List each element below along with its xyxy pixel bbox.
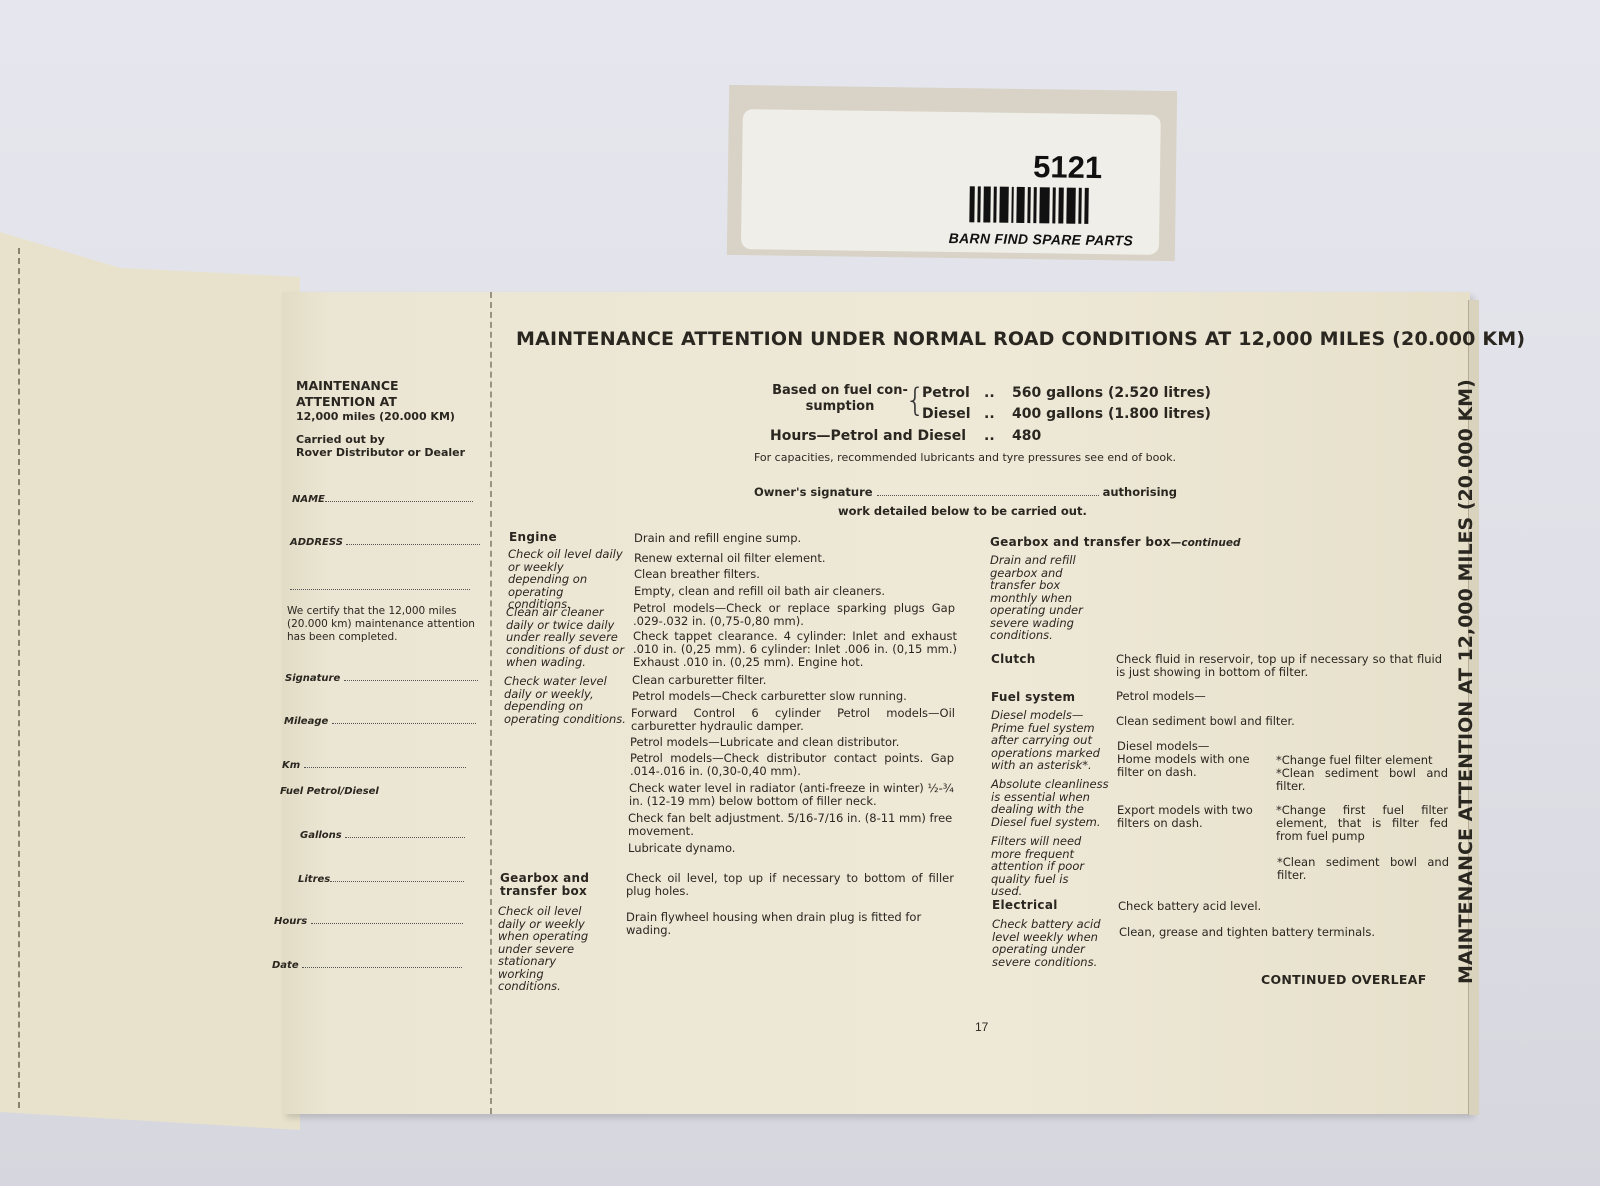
hours-value: 480 [1012,428,1041,444]
gearbox-action: Check oil level, top up if necessary to … [626,872,954,898]
fuel-note-diesel: Diesel models—Prime fuel system after ca… [991,709,1103,772]
fuel-export-action: *Change first fuel filter element, that … [1276,804,1448,843]
fuel-petrol-label: Petrol models— [1116,690,1206,703]
based-label-1: Based on fuel con- [770,383,910,399]
engine-action: Check fan belt adjustment. 5/16-7/16 in.… [628,812,954,838]
km-label: Km [282,760,300,771]
name-field[interactable]: NAME [292,494,473,505]
petrol-label: Petrol [922,385,970,401]
diesel-value: 400 gallons (1.800 litres) [1012,406,1211,422]
owner-signature-label: Owner's signature [754,485,873,499]
leader-dots: .. [984,428,995,444]
diesel-label: Diesel [922,406,971,422]
fuel-home-label: Home models with one filter on dash. [1117,753,1267,779]
capacities-note: For capacities, recommended lubricants a… [754,451,1176,464]
date-field[interactable]: Date [272,960,462,971]
engine-action: Petrol models—Check carburetter slow run… [632,690,954,703]
electrical-note: Check battery acid level weekly when ope… [992,918,1104,968]
fuel-note-filters: Filters will need more frequent attentio… [991,835,1103,898]
petrol-value: 560 gallons (2.520 litres) [1012,385,1211,401]
clutch-action: Check fluid in reservoir, top up if nece… [1116,653,1442,679]
certification-text: We certify that the 12,000 miles (20.000… [287,605,477,644]
gallons-field[interactable]: Gallons [300,830,465,841]
sticker-brand: BARN FIND SPARE PARTS [949,230,1134,249]
gearbox-continued-note: Drain and refill gearbox and transfer bo… [990,554,1086,642]
based-label-2: sumption [770,399,910,415]
engine-action: Clean carburetter filter. [632,674,954,687]
engine-note-oil: Check oil level daily or weekly dependin… [508,548,628,611]
stub-heading-1: MAINTENANCE [296,378,482,394]
engine-action: Petrol models—Check distributor contact … [630,752,954,778]
fuel-type-label: Fuel Petrol/Diesel [280,786,379,797]
fuel-home-action: *Clean sediment bowl and filter. [1276,767,1448,793]
signature-field[interactable]: Signature [285,673,478,684]
stub-heading-3: 12,000 miles (20.000 KM) [296,410,482,423]
inventory-sticker: 5121 BARN FIND SPARE PARTS [727,85,1177,261]
engine-action: Lubricate dynamo. [628,842,950,855]
engine-action: Renew external oil filter element. [634,552,956,565]
hours-field[interactable]: Hours [274,916,463,927]
fuel-export-label: Export models with two filters on dash. [1117,804,1273,830]
page-number: 17 [975,1020,988,1034]
electrical-action: Clean, grease and tighten battery termin… [1119,926,1375,939]
address-label: ADDRESS [290,537,343,548]
stub-heading-2: ATTENTION AT [296,394,482,410]
hours-label: Hours—Petrol and Diesel [770,428,966,444]
tear-off-stub: MAINTENANCE ATTENTION AT 12,000 miles (2… [296,378,482,459]
fuel-note-cleanliness: Absolute cleanliness is essential when d… [991,778,1109,828]
engine-action: Empty, clean and refill oil bath air cle… [634,585,956,598]
hours-label: Hours [274,916,307,927]
litres-field[interactable]: Litres [298,874,464,885]
stock-number: 5121 [1033,149,1102,186]
engine-action: Petrol models—Lubricate and clean distri… [630,736,952,749]
signature-label: Signature [285,673,340,684]
page-title: MAINTENANCE ATTENTION UNDER NORMAL ROAD … [516,328,1525,350]
vertical-title: MAINTENANCE ATTENTION AT 12,000 MILES (2… [1455,379,1477,984]
engine-action: Drain and refill engine sump. [634,532,956,545]
km-field[interactable]: Km [282,760,466,771]
electrical-heading: Electrical [992,898,1058,912]
gallons-label: Gallons [300,830,342,841]
engine-action: Petrol models—Check or replace sparking … [633,602,955,628]
owner-signature-line2: work detailed below to be carried out. [838,504,1087,518]
engine-note-water: Check water level daily or weekly, depen… [504,675,628,725]
engine-heading: Engine [509,530,557,544]
litres-label: Litres [298,874,330,885]
authorising-label: authorising [1103,485,1177,499]
fuel-system-heading: Fuel system [991,690,1075,704]
engine-action: Forward Control 6 cylinder Petrol models… [631,707,955,733]
fuel-petrol-action: Clean sediment bowl and filter. [1116,715,1295,728]
gearbox-cont-title: Gearbox and transfer box [990,535,1171,549]
perforation-line [18,248,20,1108]
date-label: Date [272,960,299,971]
continued-suffix: —continued [1171,537,1241,549]
gearbox-note: Check oil level daily or weekly when ope… [498,905,602,993]
engine-note-air: Clean air cleaner daily or twice daily u… [506,606,626,669]
leader-dots: .. [984,406,995,422]
continued-overleaf: CONTINUED OVERLEAF [1261,972,1427,987]
electrical-action: Check battery acid level. [1118,900,1261,913]
gearbox-continued-heading: Gearbox and transfer box—continued [990,535,1240,549]
leader-dots: .. [984,385,995,401]
sticker-label: 5121 BARN FIND SPARE PARTS [741,109,1161,255]
clutch-heading: Clutch [991,652,1036,666]
owner-signature-field[interactable]: Owner's signature authorising [754,485,1177,499]
tear-off-perforation [490,292,492,1114]
address-field[interactable]: ADDRESS [290,537,480,548]
rover-dealer: Rover Distributor or Dealer [296,446,482,459]
engine-action: Check tappet clearance. 4 cylinder: Inle… [633,630,957,669]
gearbox-heading: Gearbox and transfer box [500,872,600,898]
address-field-line2[interactable] [290,582,470,593]
carried-out-by: Carried out by [296,433,482,446]
name-label: NAME [292,494,325,505]
engine-action: Check water level in radiator (anti-free… [629,782,955,808]
mileage-label: Mileage [284,716,328,727]
based-on-consumption: Based on fuel con- sumption [770,383,910,415]
left-page [0,232,300,1130]
mileage-field[interactable]: Mileage [284,716,476,727]
engine-action: Clean breather filters. [634,568,956,581]
fuel-export-action: *Clean sediment bowl and filter. [1277,856,1449,882]
gearbox-action: Drain flywheel housing when drain plug i… [626,911,954,937]
barcode-icon [969,186,1131,224]
